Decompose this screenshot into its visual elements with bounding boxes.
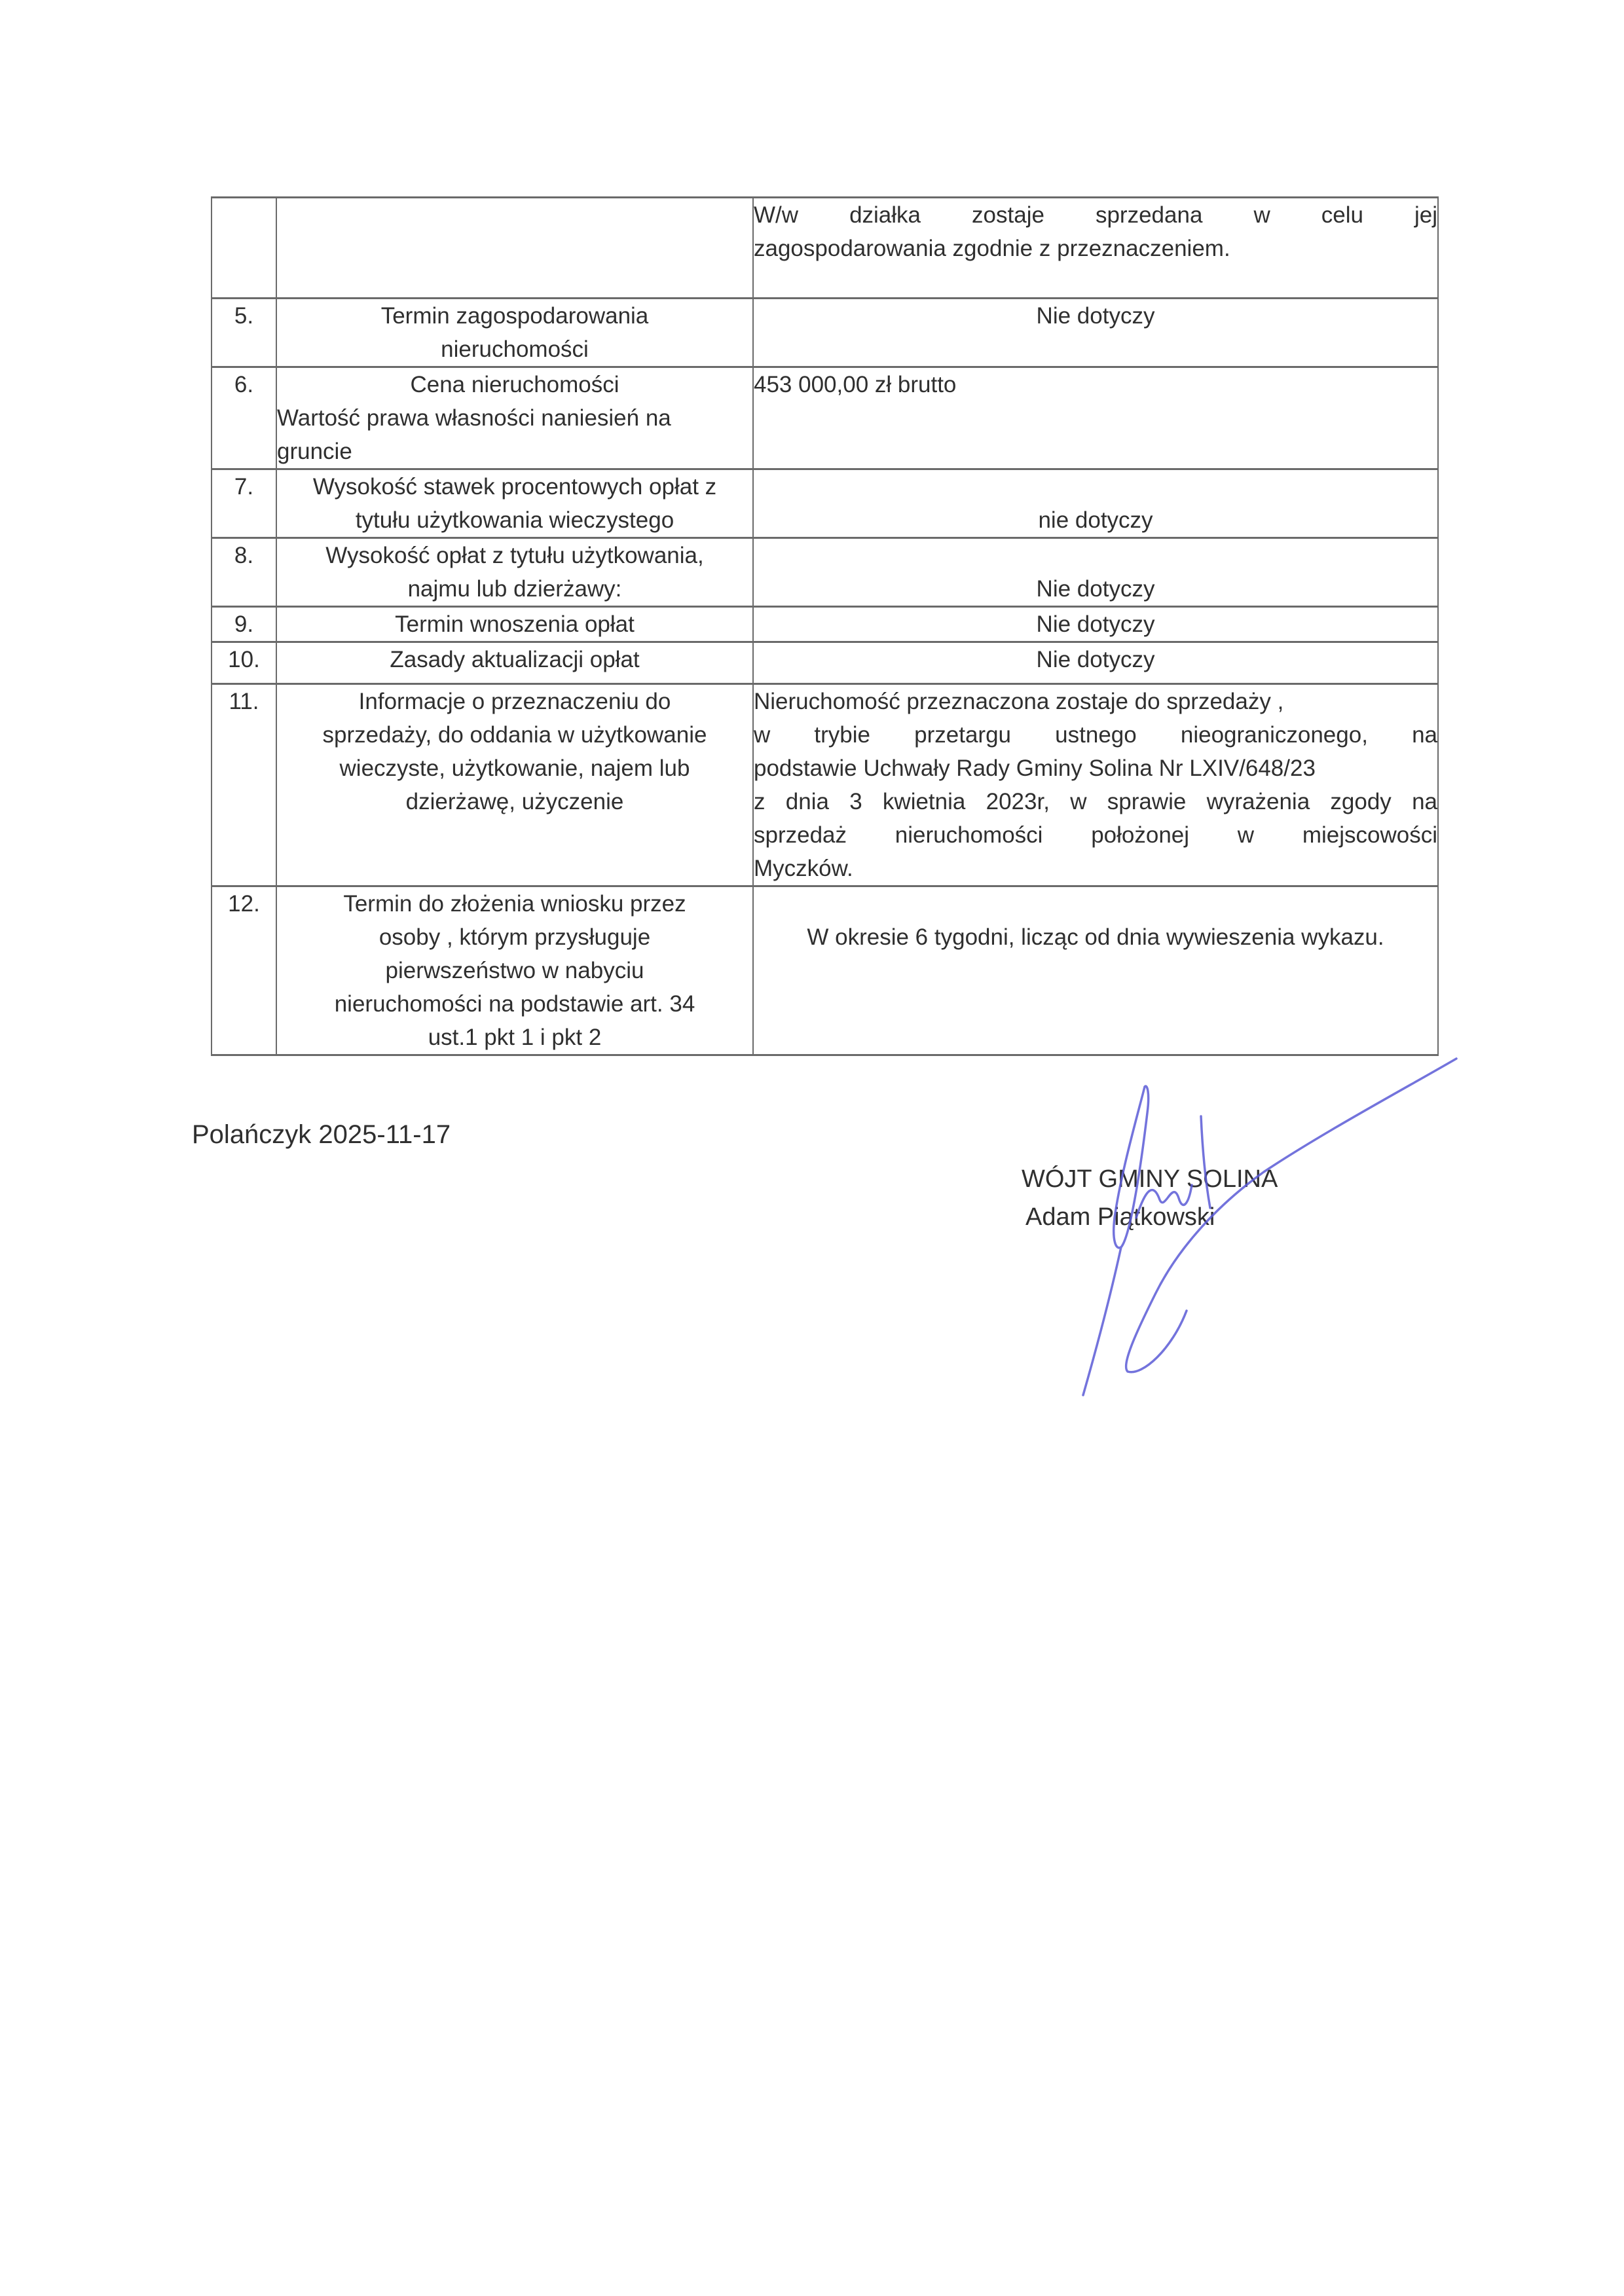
row-number: 7. [212, 469, 276, 538]
signature-block: WÓJT GMINY SOLINA Adam Piątkowski [1022, 1160, 1278, 1236]
row-value: Nie dotyczy [753, 299, 1438, 367]
property-listing-table: W/w działka zostaje sprzedana w celu jej… [211, 196, 1439, 1056]
table-row: 5. Termin zagospodarowania nieruchomości… [212, 299, 1438, 367]
row-label: Termin do złożenia wniosku przez osoby ,… [276, 886, 753, 1055]
label-line: nieruchomości [277, 333, 752, 366]
row-number: 9. [212, 607, 276, 642]
label-line: wieczyste, użytkowanie, najem lub [277, 752, 752, 785]
row-value-price: 453 000,00 zł brutto [753, 367, 1438, 469]
row-label: Zasady aktualizacji opłat [276, 642, 753, 684]
table-row: 6. Cena nieruchomości Wartość prawa włas… [212, 367, 1438, 469]
label-rest: Wartość prawa własności naniesień na gru… [277, 401, 752, 468]
row-label: Wysokość opłat z tytułu użytkowania, naj… [276, 538, 753, 607]
row-value: nie dotyczy [753, 469, 1438, 538]
value-line: zagospodarowania zgodnie z przeznaczenie… [754, 232, 1437, 265]
row-label: Termin zagospodarowania nieruchomości [276, 299, 753, 367]
row-label [276, 198, 753, 299]
label-line: osoby , którym przysługuje [277, 920, 752, 954]
row-value: Nie dotyczy [753, 538, 1438, 607]
row-number: 12. [212, 886, 276, 1055]
label-line: tytułu użytkowania wieczystego [277, 503, 752, 537]
table-row: 11. Informacje o przeznaczeniu do sprzed… [212, 684, 1438, 886]
table-row: 7. Wysokość stawek procentowych opłat z … [212, 469, 1438, 538]
row-number: 5. [212, 299, 276, 367]
label-line: pierwszeństwo w nabyciu [277, 954, 752, 987]
label-line: ust.1 pkt 1 i pkt 2 [277, 1021, 752, 1054]
table-row: 10. Zasady aktualizacji opłat Nie dotycz… [212, 642, 1438, 684]
row-value: Nieruchomość przeznaczona zostaje do spr… [753, 684, 1438, 886]
label-line: Informacje o przeznaczeniu do [277, 685, 752, 718]
row-label: Wysokość stawek procentowych opłat z tyt… [276, 469, 753, 538]
signatory-name: Adam Piątkowski [1022, 1198, 1278, 1236]
row-value: Nie dotyczy [753, 642, 1438, 684]
row-number [212, 198, 276, 299]
table-row: 12. Termin do złożenia wniosku przez oso… [212, 886, 1438, 1055]
table-row: 9. Termin wnoszenia opłat Nie dotyczy [212, 607, 1438, 642]
value-line: podstawie Uchwały Rady Gminy Solina Nr L… [754, 752, 1437, 785]
label-line: Zasady aktualizacji opłat [277, 643, 752, 676]
value-line: sprzedaż nieruchomości położonej w miejs… [754, 818, 1437, 852]
value-line: w trybie przetargu ustnego nieograniczon… [754, 718, 1437, 752]
label-line: Termin wnoszenia opłat [277, 608, 752, 641]
label-line: Wysokość stawek procentowych opłat z [277, 470, 752, 503]
document-page: W/w działka zostaje sprzedana w celu jej… [0, 0, 1624, 2296]
label-line: Termin do złożenia wniosku przez [277, 887, 752, 920]
label-line: nieruchomości na podstawie art. 34 [277, 987, 752, 1021]
label-line: dzierżawę, użyczenie [277, 785, 752, 818]
label-line: Termin zagospodarowania [277, 299, 752, 333]
row-value: Nie dotyczy [753, 607, 1438, 642]
label-title: Cena nieruchomości [277, 368, 752, 401]
row-value: W/w działka zostaje sprzedana w celu jej… [753, 198, 1438, 299]
label-line: najmu lub dzierżawy: [277, 572, 752, 606]
table-row: 8. Wysokość opłat z tytułu użytkowania, … [212, 538, 1438, 607]
row-number: 8. [212, 538, 276, 607]
row-label: Termin wnoszenia opłat [276, 607, 753, 642]
table-row: W/w działka zostaje sprzedana w celu jej… [212, 198, 1438, 299]
row-value: W okresie 6 tygodni, licząc od dnia wywi… [753, 886, 1438, 1055]
row-label: Cena nieruchomości Wartość prawa własnoś… [276, 367, 753, 469]
row-label: Informacje o przeznaczeniu do sprzedaży,… [276, 684, 753, 886]
row-number: 6. [212, 367, 276, 469]
place-and-date: Polańczyk 2025-11-17 [192, 1118, 451, 1151]
value-line: W/w działka zostaje sprzedana w celu jej [754, 198, 1437, 232]
value-line: Nieruchomość przeznaczona zostaje do spr… [754, 685, 1437, 718]
row-number: 10. [212, 642, 276, 684]
label-line: Wysokość opłat z tytułu użytkowania, [277, 539, 752, 572]
row-number: 11. [212, 684, 276, 886]
value-line: z dnia 3 kwietnia 2023r, w sprawie wyraż… [754, 785, 1437, 818]
label-line: sprzedaży, do oddania w użytkowanie [277, 718, 752, 752]
signatory-office: WÓJT GMINY SOLINA [1022, 1160, 1278, 1198]
value-line: Myczków. [754, 852, 1437, 885]
